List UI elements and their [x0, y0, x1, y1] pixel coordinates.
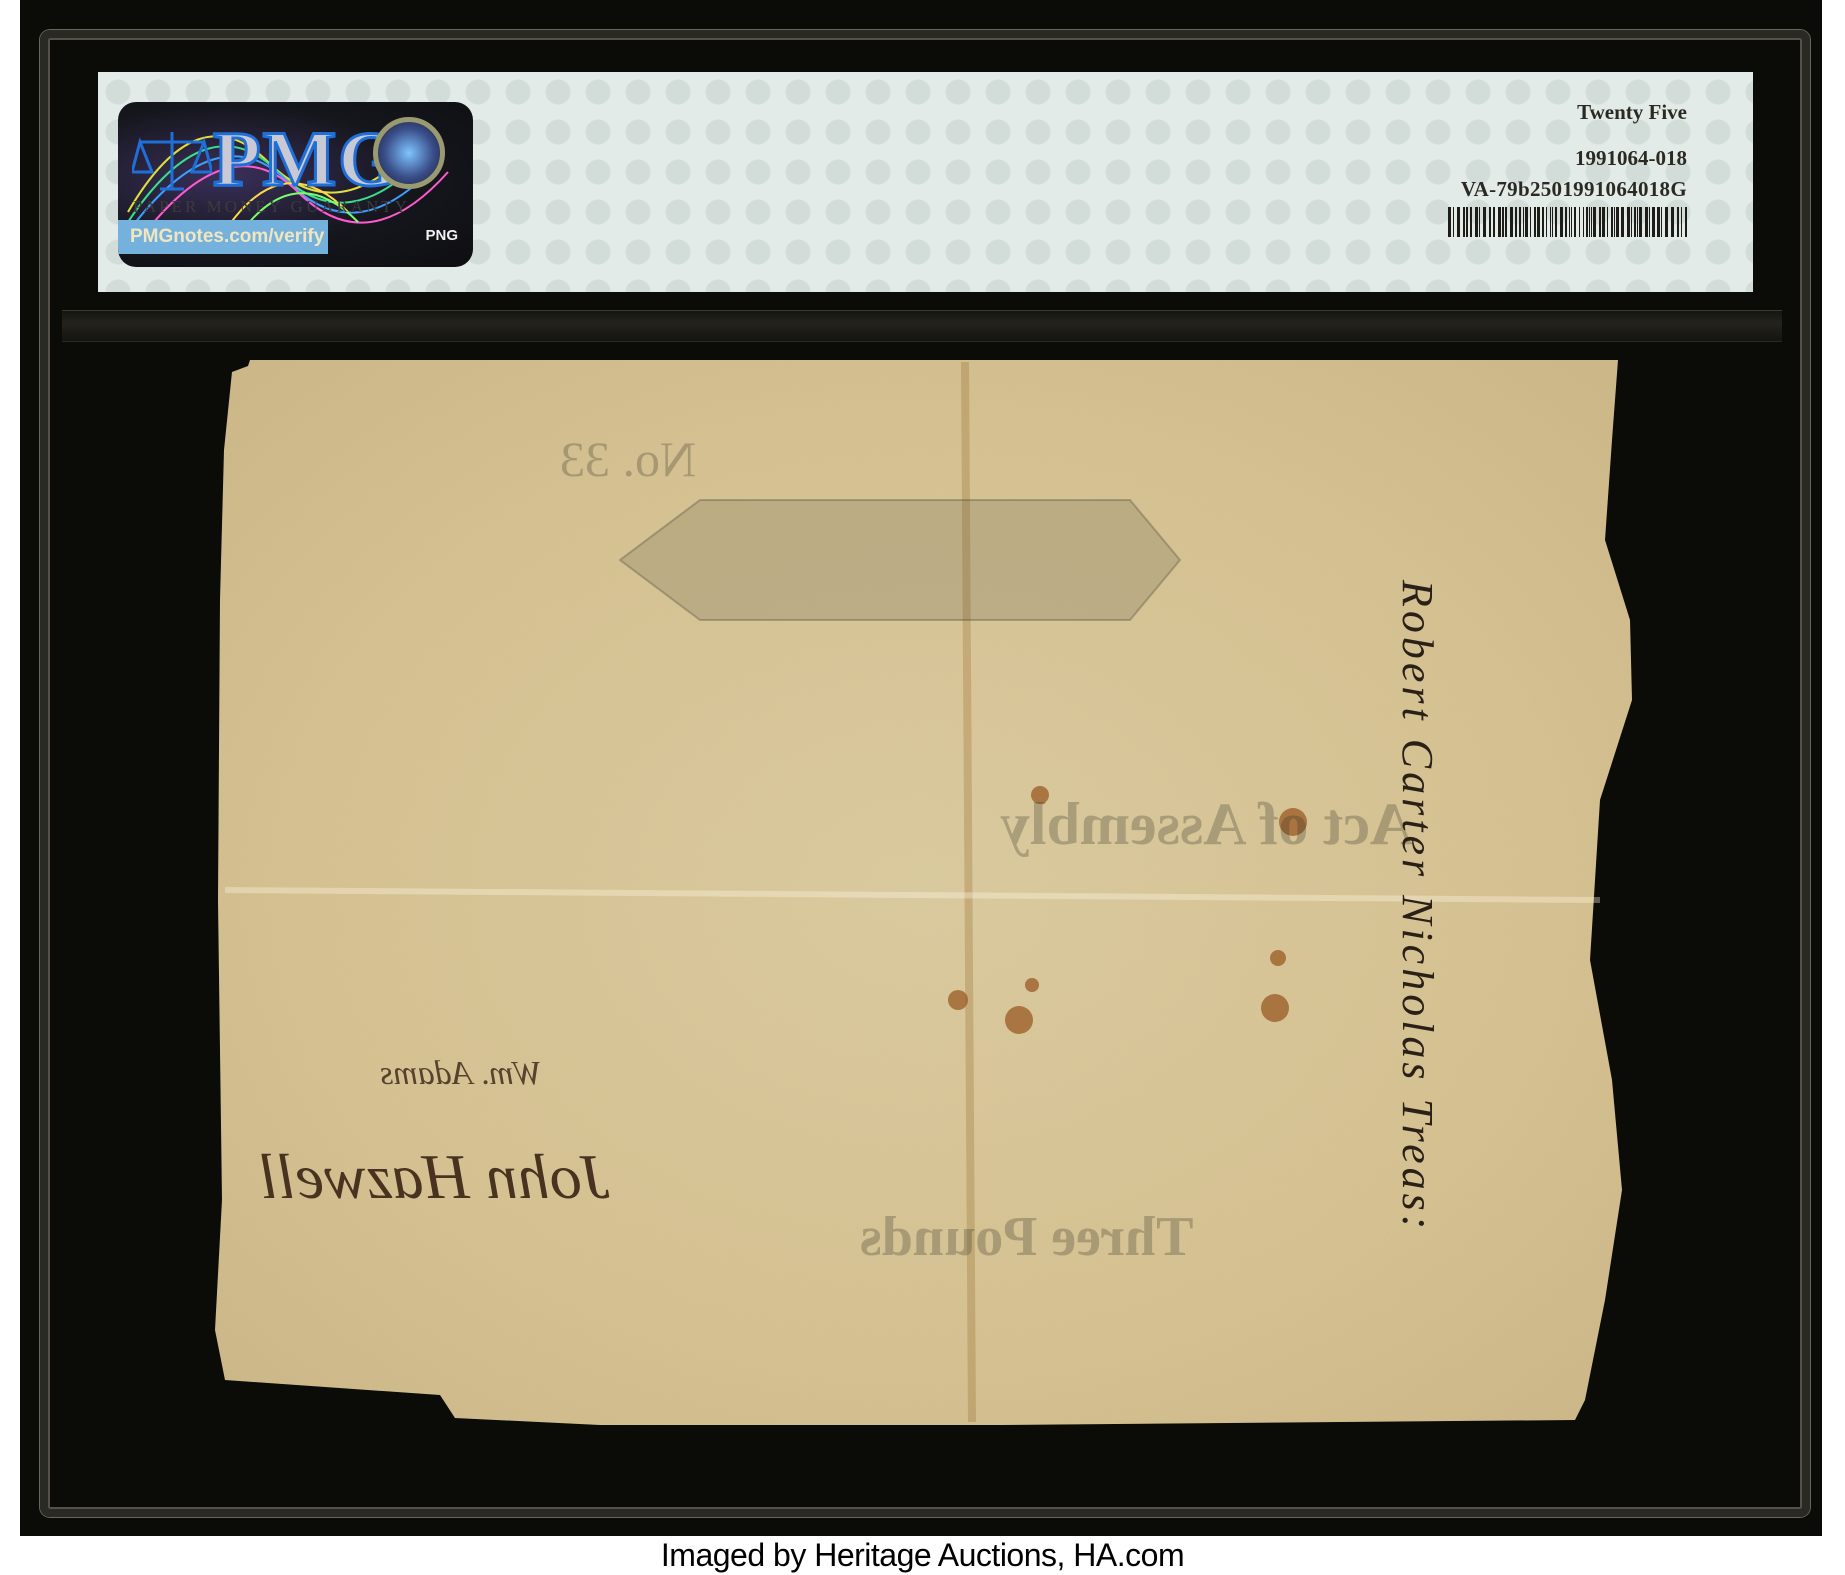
mirrored-signature: John Hazwell	[260, 1140, 610, 1214]
treasurer-signature: Robert Carter Nicholas Treas:	[1395, 580, 1455, 1380]
show-through-serial: No. 33	[560, 430, 696, 488]
banknote-back	[0, 0, 1845, 1575]
show-through-assembly: Act of Assembly	[1000, 790, 1413, 859]
show-through-cartouche	[620, 500, 1180, 620]
image-credit-caption: Imaged by Heritage Auctions, HA.com	[0, 1536, 1845, 1575]
show-through-denomination: Three Pounds	[860, 1205, 1193, 1269]
treasurer-signature-text: Robert Carter Nicholas Treas:	[1392, 580, 1443, 640]
mirrored-signature-small: Wm. Adams	[380, 1055, 542, 1093]
